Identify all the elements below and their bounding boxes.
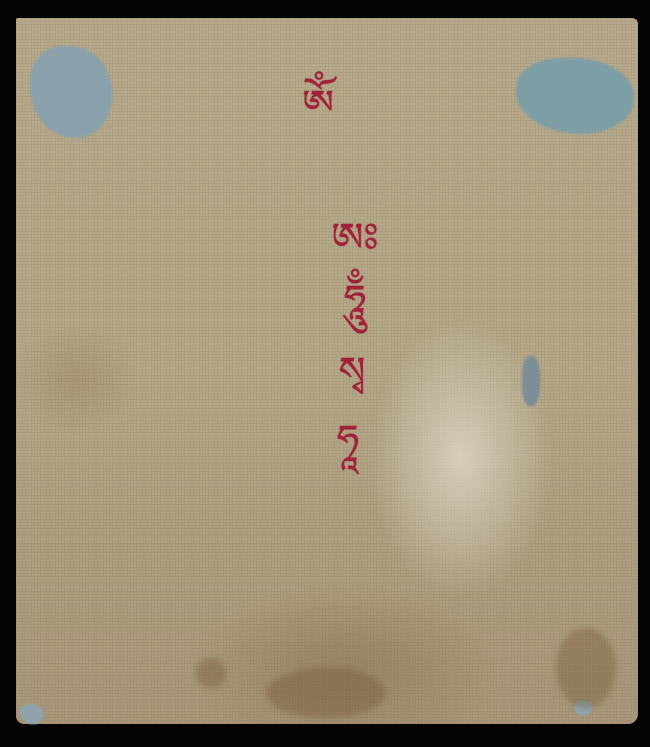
tibetan-syllable: ཨཿ [331,218,378,258]
blue-patch-top-left [30,46,112,138]
blue-patch-bottom-left [20,704,44,724]
tibetan-syllable: སྭ [339,352,366,392]
tibetan-syllable: ༀ [302,85,334,125]
blue-patch-top-right [516,58,634,134]
stain [266,668,386,718]
stain [196,658,226,688]
tibetan-syllable: ཧཱ [337,420,359,460]
stain [556,628,616,708]
tibetan-syllable: ཧཱུྃ [344,280,366,320]
blue-patch-middle-right [522,356,540,406]
